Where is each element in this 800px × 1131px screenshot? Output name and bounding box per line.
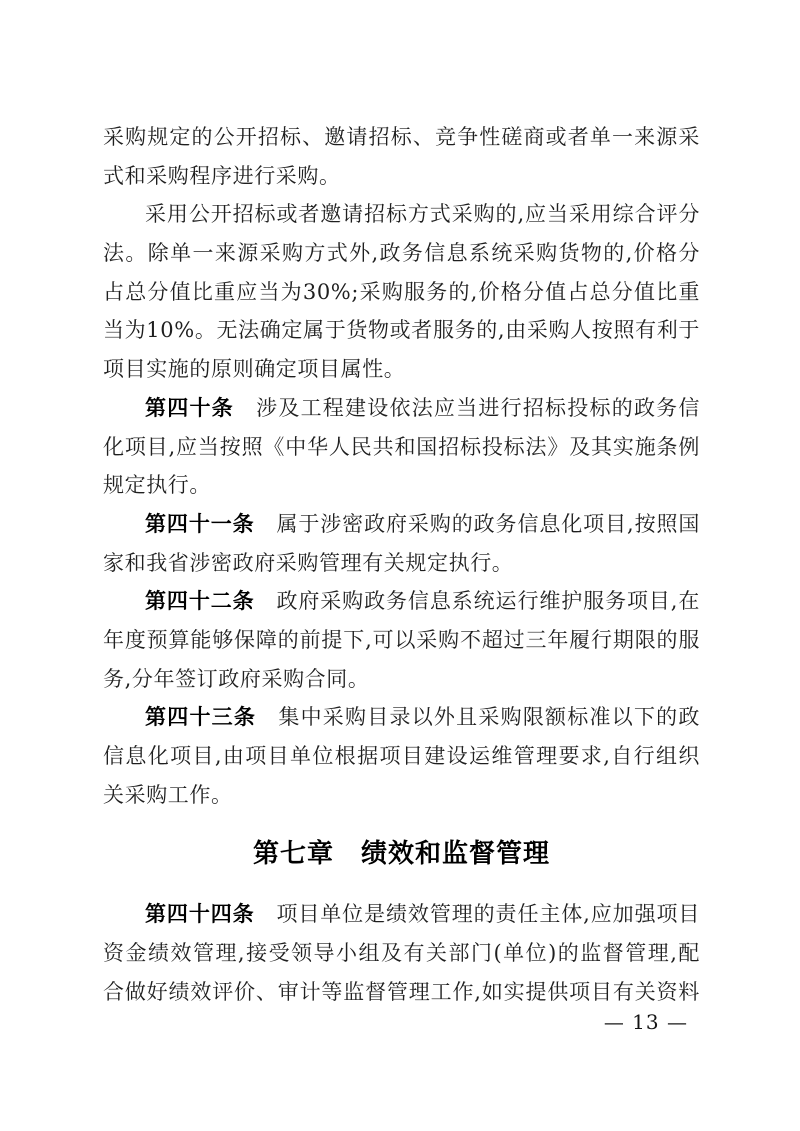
article-number: 第四十三条 bbox=[145, 705, 256, 729]
line-text: 家和我省涉密政府采购管理有关规定执行。 bbox=[103, 551, 513, 575]
line-text: 资金绩效管理,接受领导小组及有关部门(单位)的监督管理,配 bbox=[103, 941, 700, 965]
text-line: 资金绩效管理,接受领导小组及有关部门(单位)的监督管理,配 bbox=[103, 934, 700, 973]
line-text: 法。除单一来源采购方式外,政务信息系统采购货物的,价格分值 bbox=[103, 241, 700, 273]
line-text: 当为10%。无法确定属于货物或者服务的,由采购人按照有利于 bbox=[103, 318, 700, 342]
text-line: 规定执行。 bbox=[103, 466, 700, 505]
text-line: 第四十条 涉及工程建设依法应当进行招标投标的政务信息 bbox=[103, 389, 700, 428]
article-number: 第四十一条 bbox=[145, 512, 255, 536]
text-line: 务,分年签订政府采购合同。 bbox=[103, 660, 700, 699]
line-text: 关采购工作。 bbox=[103, 783, 233, 807]
line-text: 式和采购程序进行采购。 bbox=[103, 164, 341, 188]
body-text: 采购规定的公开招标、邀请招标、竞争性磋商或者单一来源采购方 式和采购程序进行采购… bbox=[103, 118, 700, 1011]
text-line: 采购规定的公开招标、邀请招标、竞争性磋商或者单一来源采购方 bbox=[103, 118, 700, 157]
line-text: 占总分值比重应当为30%;采购服务的,价格分值占总分值比重应 bbox=[103, 280, 700, 312]
line-text: 化项目,应当按照《中华人民共和国招标投标法》及其实施条例的 bbox=[103, 435, 700, 467]
text-line: 家和我省涉密政府采购管理有关规定执行。 bbox=[103, 544, 700, 583]
article-number: 第四十四条 bbox=[145, 902, 255, 926]
text-line: 第四十三条 集中采购目录以外且采购限额标准以下的政务 bbox=[103, 698, 700, 737]
line-text: 信息化项目,由项目单位根据项目建设运维管理要求,自行组织相 bbox=[103, 744, 700, 776]
line-text: 属于涉密政府采购的政务信息化项目,按照国 bbox=[255, 512, 700, 536]
line-text: 项目实施的原则确定项目属性。 bbox=[103, 357, 405, 381]
line-text: 规定执行。 bbox=[103, 473, 211, 497]
line-text: 务,分年签订政府采购合同。 bbox=[103, 667, 369, 691]
line-text: 年度预算能够保障的前提下,可以采购不超过三年履行期限的服 bbox=[103, 628, 700, 652]
line-text: 项目单位是绩效管理的责任主体,应加强项目 bbox=[255, 902, 700, 926]
text-line: 当为10%。无法确定属于货物或者服务的,由采购人按照有利于 bbox=[103, 311, 700, 350]
text-line: 第四十二条 政府采购政务信息系统运行维护服务项目,在 bbox=[103, 582, 700, 621]
line-text: 政府采购政务信息系统运行维护服务项目,在 bbox=[255, 589, 700, 613]
line-text: 合做好绩效评价、审计等监督管理工作,如实提供项目有关资料和 bbox=[103, 980, 700, 1012]
text-line: 合做好绩效评价、审计等监督管理工作,如实提供项目有关资料和 bbox=[103, 973, 700, 1012]
text-line: 年度预算能够保障的前提下,可以采购不超过三年履行期限的服 bbox=[103, 621, 700, 660]
text-line: 第四十四条 项目单位是绩效管理的责任主体,应加强项目 bbox=[103, 895, 700, 934]
line-text: 采购规定的公开招标、邀请招标、竞争性磋商或者单一来源采购方 bbox=[103, 125, 700, 157]
line-text: 采用公开招标或者邀请招标方式采购的,应当采用综合评分 bbox=[145, 202, 700, 226]
page-number: — 13 — bbox=[604, 1008, 688, 1036]
text-line: 式和采购程序进行采购。 bbox=[103, 157, 700, 196]
text-line: 信息化项目,由项目单位根据项目建设运维管理要求,自行组织相 bbox=[103, 737, 700, 776]
article-number: 第四十二条 bbox=[145, 589, 255, 613]
text-line: 化项目,应当按照《中华人民共和国招标投标法》及其实施条例的 bbox=[103, 428, 700, 467]
text-line: 法。除单一来源采购方式外,政务信息系统采购货物的,价格分值 bbox=[103, 234, 700, 273]
text-line: 占总分值比重应当为30%;采购服务的,价格分值占总分值比重应 bbox=[103, 273, 700, 312]
chapter-heading: 第七章 绩效和监督管理 bbox=[103, 834, 700, 874]
document-page: 采购规定的公开招标、邀请招标、竞争性磋商或者单一来源采购方 式和采购程序进行采购… bbox=[0, 0, 800, 1131]
text-line: 关采购工作。 bbox=[103, 776, 700, 815]
text-line: 采用公开招标或者邀请招标方式采购的,应当采用综合评分 bbox=[103, 195, 700, 234]
text-line: 第四十一条 属于涉密政府采购的政务信息化项目,按照国 bbox=[103, 505, 700, 544]
text-line: 项目实施的原则确定项目属性。 bbox=[103, 350, 700, 389]
article-number: 第四十条 bbox=[145, 396, 234, 420]
